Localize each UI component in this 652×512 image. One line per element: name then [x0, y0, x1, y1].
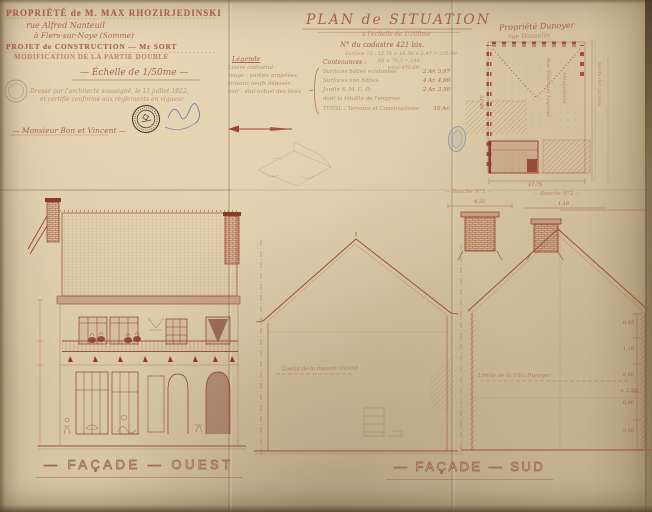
city-line: à Flers-sur-Noye (Somme)	[34, 31, 134, 40]
section-dim: 0,45	[616, 320, 634, 326]
north-arrow-icon	[228, 126, 292, 133]
chimney-label-2: — Souche N°2 —	[533, 191, 581, 197]
property-title-line: PROPRIÉTÉ de M. MAX RHOZIRJEDINSKI	[6, 8, 222, 18]
perspective-sketch	[258, 142, 331, 186]
signature-line: — Monsieur Bon et Vincent —	[12, 126, 126, 135]
street-label-2: Mitoyenneté	[561, 72, 567, 142]
contenance-label: Surfaces non bâties	[323, 78, 378, 84]
south-facade-caption-wrap: — FAÇADE — SUD	[386, 458, 553, 480]
legend-title: Légende	[232, 55, 260, 63]
chimney-dim-1: 4,32	[474, 199, 485, 205]
blue-signature-icon	[165, 103, 200, 129]
black-round-stamp-icon	[130, 103, 162, 135]
contenance-label: Surfaces bâties existantes	[323, 69, 396, 75]
certification-line-1: Dressé par l'architecte soussigné, le 11…	[30, 88, 189, 95]
contenances-heading: Contenances :	[323, 59, 366, 66]
west-facade-caption-wrap: — FAÇADE — OUEST	[36, 456, 242, 478]
legend-item: rouge : parties projetées	[228, 73, 297, 79]
south-facade-drawing	[254, 232, 458, 456]
street-label-1: Rue Thiébault Legrand	[545, 58, 551, 144]
site-plan-drawing	[465, 40, 608, 184]
contenance-value: 4 Ar. 4,00	[398, 78, 450, 84]
contenance-value: 2 Ar. 3,50	[398, 87, 450, 93]
cadastre-line: N° du cadastre 421 bis.	[340, 41, 424, 49]
chimney-details-drawing	[448, 204, 650, 261]
surface-calc-3: total 470,69	[388, 65, 419, 71]
certification-line-2: et certifié conforme aux règlements en v…	[40, 96, 185, 103]
west-facade-caption: — FAÇADE — OUEST	[44, 457, 234, 472]
legend-item: noir : état actuel des lieux	[228, 89, 301, 95]
section-dim: 3,10	[616, 428, 634, 434]
street-line: rue Alfred Nanteuil	[26, 21, 105, 30]
contenance-label: dont la totalité de l'emprise	[323, 96, 400, 102]
level-mark: + 2,50	[620, 388, 637, 394]
brace-icon	[309, 68, 319, 114]
blueprint-sheet: PROPRIÉTÉ de M. MAX RHOZIRJEDINSKI rue A…	[0, 0, 652, 512]
plan-scale: à l'échelle de 1/200me	[362, 31, 431, 38]
street-label-3: Sente des Jardins	[596, 62, 602, 142]
plan-title: PLAN de SITUATION	[306, 12, 491, 28]
contenance-label: Jardin S. M. C. O.	[323, 87, 371, 93]
surface-calc-2: 68 × 78,3 = 248	[378, 58, 420, 64]
west-facade-drawing	[28, 198, 246, 449]
chimney-dim-2: 1,10	[558, 201, 569, 207]
scale-note: — Échelle de 1/50me —	[80, 68, 188, 78]
surface-calc-1: Surface 73 : 12,75 × 18,50 × 2,47 = 235,…	[345, 51, 457, 57]
embossed-stamp-icon	[5, 80, 27, 102]
project-line: PROJET de CONSTRUCTION — Mr SORT	[6, 42, 177, 51]
section-drawing	[461, 229, 652, 455]
south-facade-caption: — FAÇADE — SUD	[394, 459, 545, 474]
legend-item: Liseré cadastral	[228, 65, 273, 71]
contenance-value: 10 Ar.	[398, 106, 450, 112]
owner-note-line-2: rue Wasselin	[508, 31, 550, 40]
plot-width-dim: 17,75	[528, 182, 542, 188]
chimney-label-1: — Souche N°1 —	[445, 189, 493, 195]
section-dim: 1,10	[616, 346, 634, 352]
project-subline: MODIFICATION DE LA PARTIE DOUBLE	[14, 53, 169, 61]
plot-depth-dim: 31,40	[478, 95, 484, 109]
blue-stamp-icon	[447, 125, 468, 152]
villa-limit-note: Limite de la Villa Dunoyer	[478, 373, 551, 379]
legend-item: travaux neufs déposés	[228, 81, 290, 87]
section-dim: 2,60	[616, 372, 634, 378]
section-dim: 0,90	[616, 400, 634, 406]
